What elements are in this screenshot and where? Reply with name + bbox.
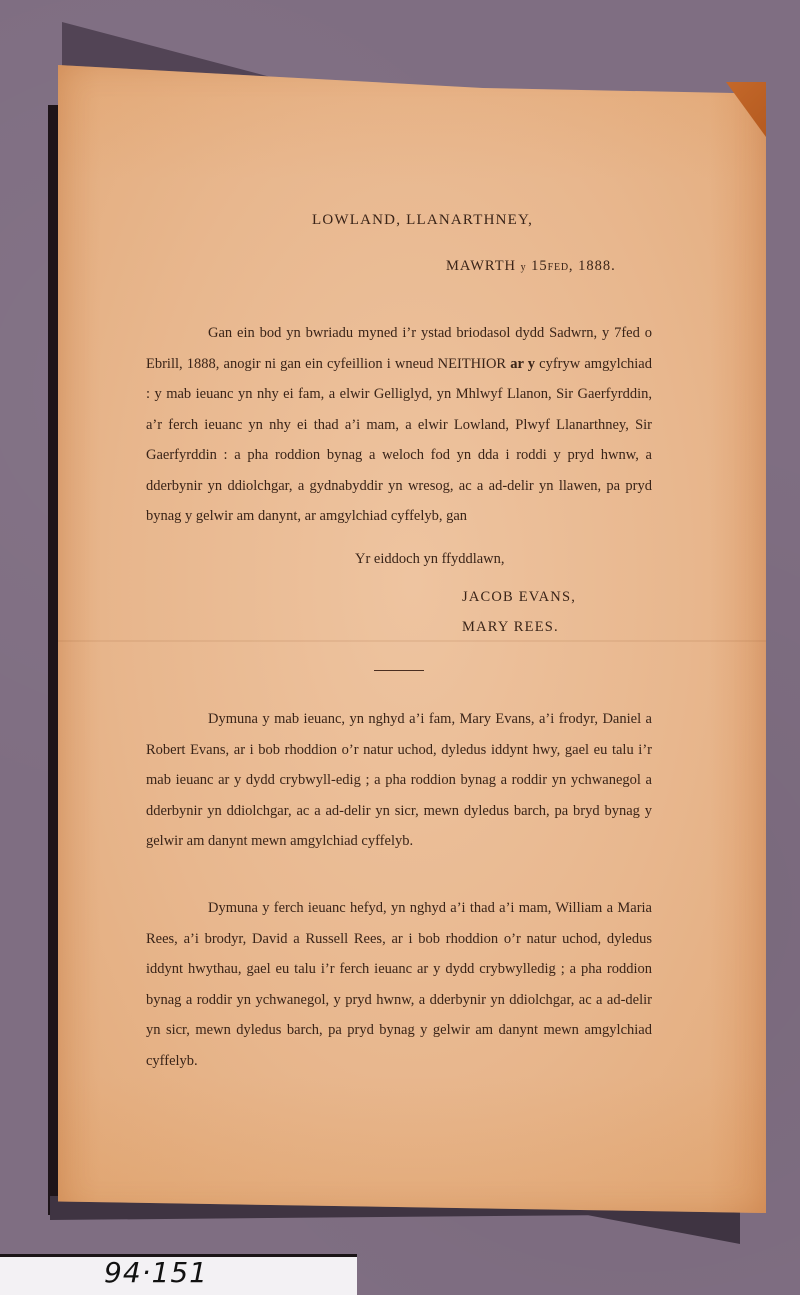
letter-heading: LOWLAND, LLANARTHNEY, (312, 212, 533, 229)
bride-family-paragraph: Dymuna y ferch ieuanc hefyd, yn nghyd a’… (146, 893, 652, 1076)
date-y: y (521, 262, 527, 273)
section-divider (374, 670, 424, 671)
date-year: , 1888. (569, 258, 616, 274)
closing-salutation: Yr eiddoch yn ffyddlawn, (355, 551, 505, 568)
paragraph2-text: Dymuna y mab ieuanc, yn nghyd a’i fam, M… (146, 711, 652, 849)
paragraph1-rest: cyfryw amgylchiad : y mab ieuanc yn nhy … (146, 356, 652, 525)
fold-crease (58, 640, 766, 642)
paragraph3-text: Dymuna y ferch ieuanc hefyd, yn nghyd a’… (146, 900, 652, 1069)
paragraph1-bold: ar y (510, 356, 535, 372)
letter-date: MAWRTH y 15fed, 1888. (446, 258, 616, 275)
signatory-mary-rees: MARY REES. (462, 619, 559, 636)
catalog-number: 94·151 (104, 1256, 208, 1289)
date-day: 15 (531, 258, 548, 274)
date-month: MAWRTH (446, 258, 516, 274)
invitation-paragraph: Gan ein bod yn bwriadu myned i’r ystad b… (146, 318, 652, 532)
groom-family-paragraph: Dymuna y mab ieuanc, yn nghyd a’i fam, M… (146, 704, 652, 857)
date-suffix: fed (548, 262, 569, 273)
signatory-jacob-evans: JACOB EVANS, (462, 589, 576, 606)
